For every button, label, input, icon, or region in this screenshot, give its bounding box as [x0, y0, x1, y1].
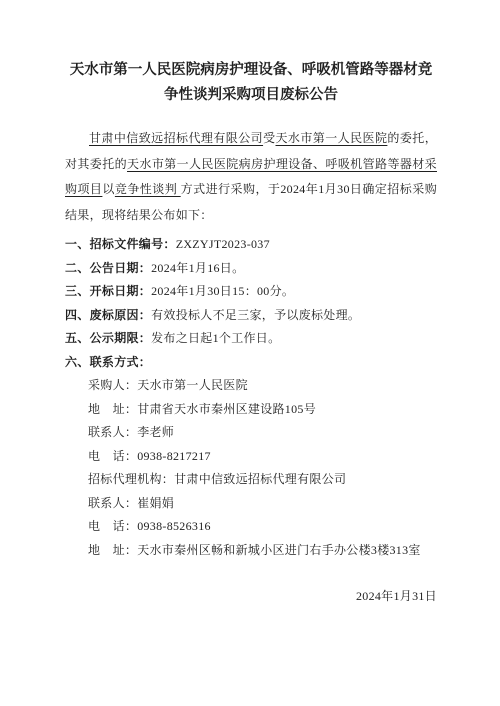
list-item-label: 三、开标日期：: [65, 284, 151, 298]
document-page: 天水市第一人民医院病房护理设备、呼吸机管路等器材竞争性谈判采购项目废标公告 甘肃…: [0, 0, 500, 706]
contact-list: 采购人：天水市第一人民医院地 址：甘肃省天水市秦州区建设路105号联系人：李老师…: [65, 374, 437, 562]
list-item: 四、废标原因：有效投标人不足三家，予以废标处理。: [65, 304, 437, 328]
list-item: 五、公示期限：发布之日起1个工作日。: [65, 327, 437, 351]
contact-line: 招标代理机构：甘肃中信致远招标代理有限公司: [88, 468, 437, 492]
list-item-label: 四、废标原因：: [65, 308, 151, 322]
document-date: 2024年1月31日: [65, 585, 437, 609]
underlined-text: 竞争性谈判: [115, 182, 181, 196]
contact-line: 电 话：0938-8526316: [88, 515, 437, 539]
list-item: 二、公告日期：2024年1月16日。: [65, 257, 437, 281]
numbered-list: 一、招标文件编号：ZXZYJT2023-037二、公告日期：2024年1月16日…: [65, 233, 437, 374]
contact-line: 联系人：李老师: [88, 421, 437, 445]
list-item-label: 五、公示期限：: [65, 331, 151, 345]
plain-text: 受: [263, 131, 275, 145]
list-item: 一、招标文件编号：ZXZYJT2023-037: [65, 233, 437, 257]
underlined-text: 甘肃中信致远招标代理有限公司: [89, 131, 263, 145]
list-item-value: ZXZYJT2023-037: [176, 237, 270, 251]
list-item-label: 六、联系方式：: [65, 355, 151, 369]
list-item-label: 二、公告日期：: [65, 261, 151, 275]
document-title: 天水市第一人民医院病房护理设备、呼吸机管路等器材竞争性谈判采购项目废标公告: [65, 58, 437, 108]
list-item-value: 2024年1月16日。: [151, 261, 244, 275]
intro-paragraph: 甘肃中信致远招标代理有限公司受天水市第一人民医院的委托，对其委托的天水市第一人民…: [65, 126, 437, 228]
list-item-value: 有效投标人不足三家，予以废标处理。: [151, 308, 360, 322]
list-item: 六、联系方式：: [65, 351, 437, 375]
underlined-text: 天水市第一人民医院: [276, 131, 388, 145]
contact-line: 电 话：0938-8217217: [88, 445, 437, 469]
list-item-label: 一、招标文件编号：: [65, 237, 176, 251]
contact-line: 采购人：天水市第一人民医院: [88, 374, 437, 398]
contact-line: 联系人：崔娟娟: [88, 492, 437, 516]
list-item-value: 发布之日起1个工作日。: [151, 331, 280, 345]
plain-text: 以: [102, 182, 114, 196]
contact-line: 地 址：甘肃省天水市秦州区建设路105号: [88, 398, 437, 422]
contact-line: 地 址：天水市秦州区畅和新城小区进门右手办公楼3楼313室: [88, 539, 437, 563]
list-item: 三、开标日期：2024年1月30日15：00分。: [65, 280, 437, 304]
list-item-value: 2024年1月30日15：00分。: [151, 284, 294, 298]
